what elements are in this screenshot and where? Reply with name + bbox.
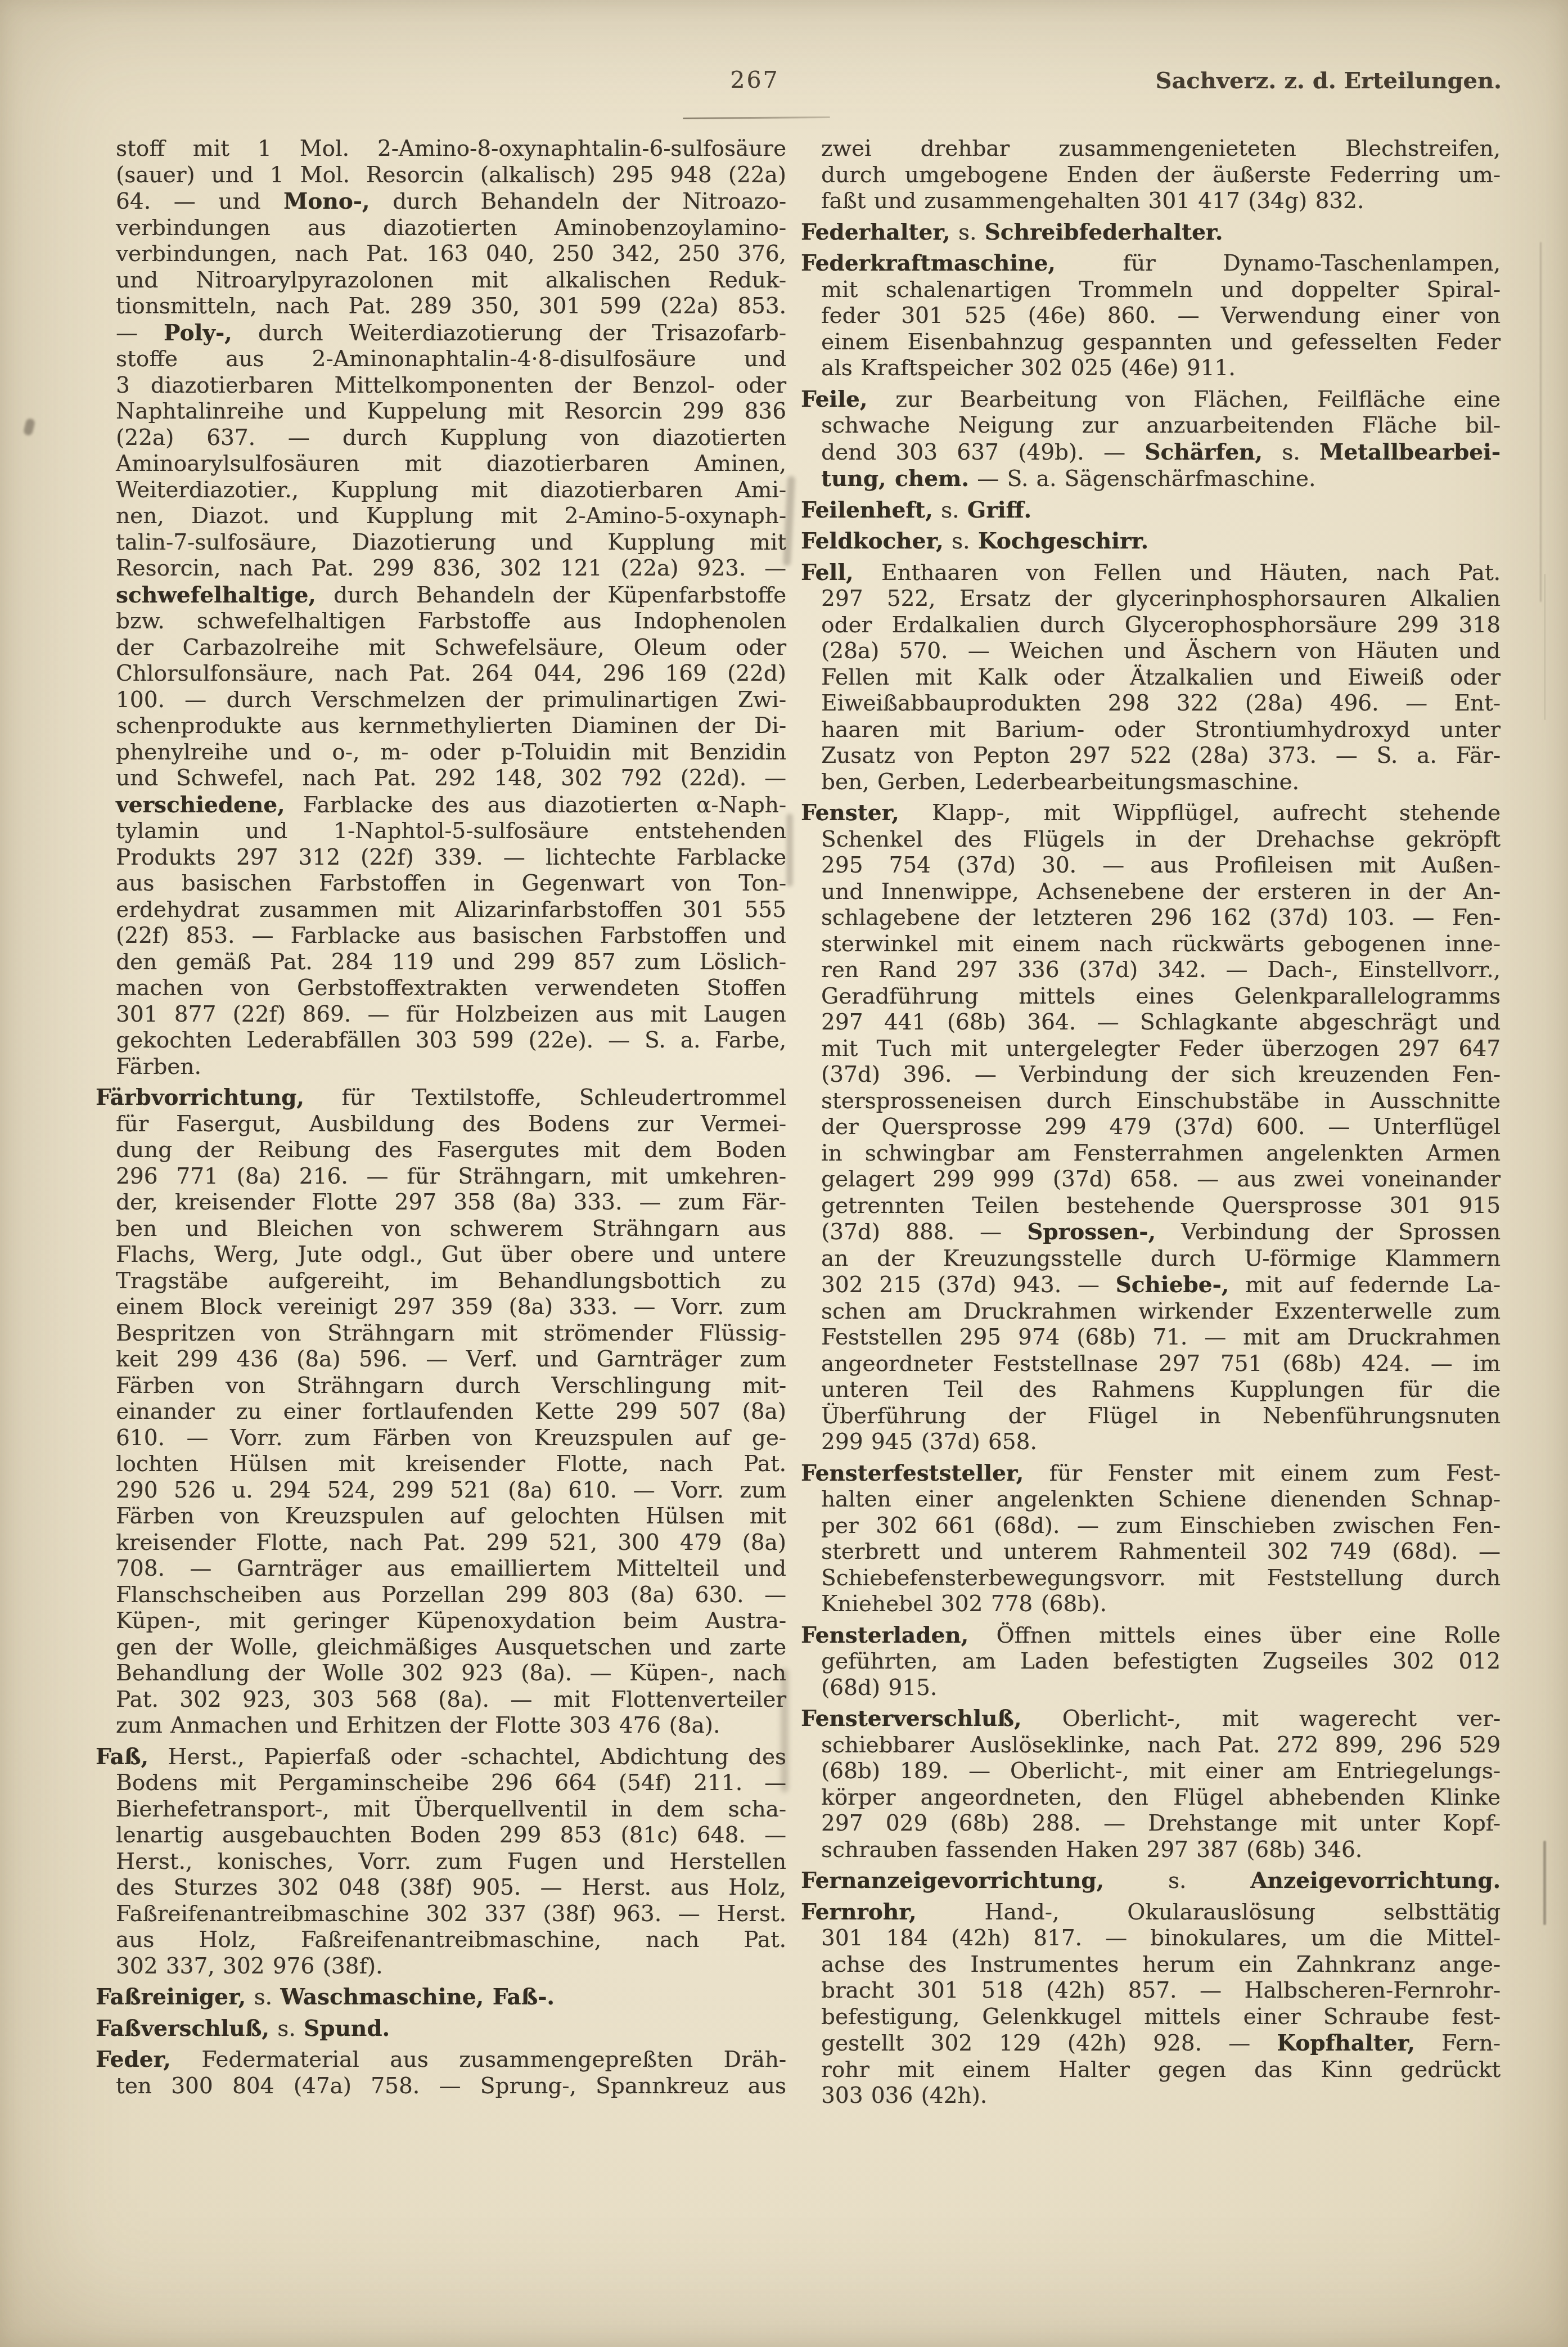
text-line: nen, Diazot. und Kupplung mit 2-Amino-5-… [116, 503, 786, 530]
text-line: gestellt 302 129 (42h) 928. — Kopfhalter… [821, 2030, 1501, 2057]
text-segment: Fern- [1415, 2031, 1501, 2056]
text-line: dung der Reibung des Fasergutes mit dem … [116, 1137, 786, 1164]
text-segment: 290 526 u. 294 524, 299 521 (8a) 610. — … [116, 1478, 786, 1503]
bold-reference: schwefelhaltige, [116, 582, 316, 608]
text-segment: haaren mit Barium- oder Strontiumhydroxy… [821, 717, 1501, 743]
text-line: (22f) 853. — Farblacke aus basischen Far… [116, 923, 786, 950]
text-line: geführten, am Laden befestigten Zugseile… [821, 1649, 1501, 1675]
text-segment: Enthaaren von Fellen und Häuten, nach Pa… [854, 560, 1501, 586]
text-line: feder 301 525 (46e) 860. — Verwendung ei… [821, 303, 1501, 330]
text-segment: oder Erdalkalien durch Glycerophosphorsä… [821, 613, 1501, 638]
text-segment: Bodens mit Pergaminscheibe 296 664 (54f)… [116, 1770, 786, 1796]
entry-headword: Färbvorrichtung, [96, 1085, 304, 1110]
bold-reference: Kochgeschirr. [978, 528, 1148, 554]
text-segment: dend 303 637 (49b). — [821, 440, 1145, 465]
text-line: Fensterfeststeller, für Fenster mit eine… [821, 1460, 1501, 1487]
text-segment: verbindungen, nach Pat. 163 040, 250 342… [116, 241, 786, 267]
text-line: erdehydrat zusammen mit Alizarinfarbstof… [116, 897, 786, 924]
text-line: Produkts 297 312 (22f) 339. — lichtechte… [116, 845, 786, 871]
text-segment: zur Bearbeitung von Flächen, Feilfläche … [867, 387, 1501, 412]
text-line: Fernanzeigevorrichtung, s. Anzeigevorric… [821, 1868, 1501, 1895]
text-segment: s. [246, 1985, 280, 2010]
text-segment: angeordneter Feststellnase 297 751 (68b)… [821, 1351, 1501, 1377]
text-segment: stoff mit 1 Mol. 2-Amino-8-oxynaphtalin-… [116, 136, 786, 161]
text-line: schrauben fassenden Haken 297 387 (68b) … [821, 1837, 1501, 1864]
text-segment: Öffnen mittels eines über eine Rolle [968, 1623, 1501, 1648]
text-line: Fernrohr, Hand-, Okularauslösung selbstt… [821, 1899, 1501, 1926]
text-line: 3 diazotierbaren Mittelkomponenten der B… [116, 373, 786, 399]
entry-headword: Feilenheft, [801, 497, 933, 523]
text-line: schlagebene der letzteren 296 162 (37d) … [821, 905, 1501, 932]
text-line: Flanschscheiben aus Porzellan 299 803 (8… [116, 1582, 786, 1609]
text-line: getrennten Teilen bestehende Quersprosse… [821, 1193, 1501, 1220]
text-segment: geführten, am Laden befestigten Zugseile… [821, 1649, 1501, 1674]
text-line: phenylreihe und o-, m- oder p-Toluidin m… [116, 740, 786, 766]
text-segment: 296 771 (8a) 216. — für Strähngarn, mit … [116, 1164, 786, 1189]
entry-headword: Fensterladen, [801, 1622, 968, 1648]
text-segment: (22f) 853. — Farblacke aus basischen Far… [116, 923, 786, 948]
text-segment: Färben von Kreuzspulen auf gelochten Hül… [116, 1504, 786, 1529]
index-entry: Fenster, Klapp-, mit Wippflügel, aufrech… [801, 800, 1501, 1456]
text-segment: stersprosseneisen durch Einschubstäbe in… [821, 1089, 1501, 1114]
text-segment: Bespritzen von Strähngarn mit strömender… [116, 1321, 786, 1346]
entry-headword: Faß, [96, 1744, 148, 1770]
text-line: Schenkel des Flügels in der Drehachse ge… [821, 827, 1501, 853]
text-line: 295 754 (37d) 30. — aus Profileisen mit … [821, 853, 1501, 879]
text-segment: gen der Wolle, gleichmäßiges Ausquetsche… [116, 1635, 786, 1660]
text-segment: 301 184 (42h) 817. — binokulares, um die… [821, 1926, 1501, 1951]
text-line: durch umgebogene Enden der äußerste Fede… [821, 163, 1501, 189]
text-segment: schen am Druckrahmen wirkender Exzenterw… [821, 1299, 1501, 1324]
text-segment: ren Rand 297 336 (37d) 342. — Dach-, Ein… [821, 957, 1501, 983]
text-line: sterbrett und unterem Rahmenteil 302 749… [821, 1539, 1501, 1566]
text-line: rohr mit einem Halter gegen das Kinn ged… [821, 2057, 1501, 2084]
text-segment: — S. a. Sägenschärfmaschine. [969, 466, 1315, 492]
entry-headword: Feldkocher, [801, 528, 944, 554]
text-line: stoff mit 1 Mol. 2-Amino-8-oxynaphtalin-… [116, 136, 786, 163]
text-line: Eiweißabbauprodukten 298 322 (28a) 496. … [821, 691, 1501, 717]
text-segment: 64. — und [116, 189, 283, 214]
text-line: 302 215 (37d) 943. — Schiebe-, mit auf f… [821, 1272, 1501, 1299]
text-line: Überführung der Flügel in Nebenführungsn… [821, 1404, 1501, 1430]
text-segment: durch umgebogene Enden der äußerste Fede… [821, 163, 1501, 188]
text-segment: für Fasergut, Ausbildung des Bodens zur … [116, 1112, 786, 1137]
entry-continuation: zwei drehbar zusammengenieteten Blechstr… [801, 136, 1501, 215]
bold-reference: Spund. [304, 2016, 390, 2042]
text-line: schwefelhaltige, durch Behandeln der Küp… [116, 582, 786, 609]
text-segment: tylamin und 1-Naphtol-5-sulfosäure entst… [116, 819, 786, 844]
text-line: (68b) 189. — Oberlicht-, mit einer am En… [821, 1759, 1501, 1785]
text-segment: kreisender Flotte, nach Pat. 299 521, 30… [116, 1530, 786, 1555]
text-line: der, kreisender Flotte 297 358 (8a) 333.… [116, 1190, 786, 1216]
text-line: Feile, zur Bearbeitung von Flächen, Feil… [821, 386, 1501, 413]
text-line: gekochten Lederabfällen 303 599 (22e). —… [116, 1028, 786, 1054]
text-segment: 295 754 (37d) 30. — aus Profileisen mit … [821, 853, 1501, 878]
bold-reference: Mono-, [283, 188, 370, 214]
text-segment: ten 300 804 (47a) 758. — Sprung-, Spannk… [116, 2074, 786, 2099]
text-line: als Kraftspeicher 302 025 (46e) 911. [821, 356, 1501, 382]
text-segment: 708. — Garnträger aus emailliertem Mitte… [116, 1556, 786, 1581]
text-line: tylamin und 1-Naphtol-5-sulfosäure entst… [116, 819, 786, 845]
text-segment: 297 522, Ersatz der glycerinphosphorsaur… [821, 586, 1501, 612]
text-segment: und Schwefel, nach Pat. 292 148, 302 792… [116, 766, 786, 791]
text-line: der Carbazolreihe mit Schwefelsäure, Ole… [116, 635, 786, 662]
entry-headword: Federkraftmaschine, [801, 250, 1056, 276]
text-line: mit schalenartigen Trommeln und doppelte… [821, 277, 1501, 304]
page-edge-line [1540, 242, 1542, 602]
text-line: (22a) 637. — durch Kupplung von diazotie… [116, 425, 786, 452]
text-line: 297 441 (68b) 364. — Schlagkante abgesch… [821, 1010, 1501, 1036]
text-segment: einem Block vereinigt 297 359 (8a) 333. … [116, 1294, 786, 1320]
text-segment: der Carbazolreihe mit Schwefelsäure, Ole… [116, 635, 786, 660]
text-line: Flachs, Werg, Jute odgl., Gut über obere… [116, 1242, 786, 1269]
text-segment: 297 029 (68b) 288. — Drehstange mit unte… [821, 1811, 1501, 1836]
text-segment: s. [950, 220, 985, 245]
text-line: Bespritzen von Strähngarn mit strömender… [116, 1321, 786, 1347]
bold-reference: Metallbearbei- [1319, 439, 1501, 465]
entry-headword: Federhalter, [801, 219, 950, 245]
text-line: und Innenwippe, Achsenebene der ersteren… [821, 879, 1501, 906]
text-line: Pat. 302 923, 303 568 (8a). — mit Flotte… [116, 1687, 786, 1714]
text-line: 290 526 u. 294 524, 299 521 (8a) 610. — … [116, 1478, 786, 1504]
text-segment: (68b) 189. — Oberlicht-, mit einer am En… [821, 1759, 1501, 1784]
text-segment: talin-7-sulfosäure, Diazotierung und Kup… [116, 530, 786, 555]
text-segment: 3 diazotierbaren Mittelkomponenten der B… [116, 373, 786, 398]
text-line: Faß, Herst., Papierfaß oder -schachtel, … [116, 1744, 786, 1771]
text-line: oder Erdalkalien durch Glycerophosphorsä… [821, 613, 1501, 639]
index-entry: Fell, Enthaaren von Fellen und Häuten, n… [801, 560, 1501, 796]
text-segment: Verbindung der Sprossen [1156, 1220, 1501, 1245]
text-segment: schrauben fassenden Haken 297 387 (68b) … [821, 1837, 1362, 1863]
text-line: faßt und zusammengehalten 301 417 (34g) … [821, 188, 1501, 215]
text-segment: faßt und zusammengehalten 301 417 (34g) … [821, 188, 1364, 214]
text-segment: aus Holz, Faßreifenantreibmaschine, nach… [116, 1927, 786, 1953]
text-line: 64. — und Mono-, durch Behandeln der Nit… [116, 188, 786, 215]
text-segment: getrennten Teilen bestehende Quersprosse… [821, 1193, 1501, 1219]
text-line: und Schwefel, nach Pat. 292 148, 302 792… [116, 766, 786, 792]
index-entry: Fensterverschluß, Oberlicht-, mit wagere… [801, 1706, 1501, 1863]
entry-headword: Faßreiniger, [96, 1984, 246, 2010]
text-line: der Quersprosse 299 479 (37d) 600. — Unt… [821, 1114, 1501, 1141]
index-entry: Fernrohr, Hand-, Okularauslösung selbstt… [801, 1899, 1501, 2110]
text-segment: und Nitroarylpyrazolonen mit alkalischen… [116, 268, 786, 293]
index-entry: Fensterfeststeller, für Fenster mit eine… [801, 1460, 1501, 1618]
text-segment: gekochten Lederabfällen 303 599 (22e). —… [116, 1028, 786, 1053]
text-segment: nen, Diazot. und Kupplung mit 2-Amino-5-… [116, 503, 786, 529]
bold-reference: Schärfen, [1145, 439, 1263, 465]
text-segment: Klapp-, mit Wippflügel, aufrecht stehend… [899, 801, 1501, 826]
index-entry: Federhalter, s. Schreibfederhalter. [801, 219, 1501, 246]
text-segment: tionsmitteln, nach Pat. 289 350, 301 599… [116, 294, 786, 319]
text-segment: lenartig ausgebauchten Boden 299 853 (81… [116, 1823, 786, 1848]
text-line: zwei drehbar zusammengenieteten Blechstr… [821, 136, 1501, 163]
entry-headword: Fenster, [801, 800, 899, 826]
text-segment: befestigung, Gelenkkugel mittels einer S… [821, 2004, 1501, 2030]
text-segment: bzw. schwefelhaltigen Farbstoffe aus Ind… [116, 609, 786, 634]
text-segment: mit schalenartigen Trommeln und doppelte… [821, 277, 1501, 303]
text-segment: s. [1263, 440, 1319, 465]
text-segment: Faßreifenantreibmaschine 302 337 (38f) 9… [116, 1901, 786, 1927]
text-segment: zwei drehbar zusammengenieteten Blechstr… [821, 136, 1501, 161]
text-line: für Fasergut, Ausbildung des Bodens zur … [116, 1112, 786, 1138]
text-line: 303 036 (42h). [821, 2083, 1501, 2110]
text-line: Tragstäbe aufgereiht, im Behandlungsbott… [116, 1269, 786, 1295]
text-line: verbindungen aus diazotierten Aminobenzo… [116, 215, 786, 242]
text-line: haaren mit Barium- oder Strontiumhydroxy… [821, 717, 1501, 744]
text-segment: (68d) 915. [821, 1675, 937, 1701]
text-line: halten einer angelenkten Schiene dienend… [821, 1487, 1501, 1513]
text-line: Faßverschluß, s. Spund. [116, 2016, 786, 2043]
text-line: Feldkocher, s. Kochgeschirr. [821, 528, 1501, 555]
text-segment: Oberlicht-, mit wagerecht ver- [1022, 1706, 1501, 1732]
index-entry: Feile, zur Bearbeitung von Flächen, Feil… [801, 386, 1501, 493]
text-line: 296 771 (8a) 216. — für Strähngarn, mit … [116, 1164, 786, 1190]
ink-bleed-mark [781, 1669, 788, 1792]
text-line: 610. — Vorr. zum Färben von Kreuzspulen … [116, 1426, 786, 1452]
text-segment: schlagebene der letzteren 296 162 (37d) … [821, 905, 1501, 930]
text-segment: Weiterdiazotier., Kupplung mit diazotier… [116, 478, 786, 503]
text-segment: in schwingbar am Fensterrahmen angelenkt… [821, 1141, 1501, 1166]
text-segment: achse des Instrumentes herum ein Zahnkra… [821, 1952, 1501, 1977]
text-segment: Eiweißabbauprodukten 298 322 (28a) 496. … [821, 691, 1501, 716]
text-line: Fellen mit Kalk oder Ätzalkalien und Eiw… [821, 665, 1501, 691]
text-line: einem Eisenbahnzug gespannten und gefess… [821, 330, 1501, 356]
text-segment: des Sturzes 302 048 (38f) 905. — Herst. … [116, 1875, 786, 1900]
text-line: den gemäß Pat. 284 119 und 299 857 zum L… [116, 950, 786, 976]
text-segment: Federmaterial aus zusammengepreßten Dräh… [171, 2047, 786, 2072]
text-line: stoffe aus 2-Aminonaphtalin-4·8-disulfos… [116, 347, 786, 373]
text-line: (68d) 915. [821, 1675, 1501, 1702]
entry-headword: Fernrohr, [801, 1899, 916, 1925]
text-segment: (37d) 888. — [821, 1220, 1027, 1245]
text-line: Feder, Federmaterial aus zusammengepreßt… [116, 2047, 786, 2074]
text-line: Feststellen 295 974 (68b) 71. — mit am D… [821, 1325, 1501, 1351]
text-segment: stoffe aus 2-Aminonaphtalin-4·8-disulfos… [116, 347, 786, 372]
text-line: Schiebefensterbewegungsvorr. mit Festste… [821, 1566, 1501, 1592]
entry-headword: Fensterfeststeller, [801, 1460, 1024, 1486]
text-line: einem Block vereinigt 297 359 (8a) 333. … [116, 1294, 786, 1321]
text-segment: Hand-, Okularauslösung selbsttätig [916, 1900, 1501, 1925]
text-segment: gestellt 302 129 (42h) 928. — [821, 2031, 1277, 2056]
text-segment: aus basischen Farbstoffen in Gegenwart v… [116, 871, 786, 896]
text-segment: Geradführung mittels eines Gelenkparalle… [821, 984, 1501, 1009]
text-segment: Naphtalinreihe und Kuppelung mit Resorci… [116, 399, 786, 424]
index-entry: Faßverschluß, s. Spund. [96, 2016, 786, 2043]
text-segment: Produkts 297 312 (22f) 339. — lichtechte… [116, 845, 786, 870]
text-line: 100. — durch Verschmelzen der primulinar… [116, 687, 786, 714]
text-line: schenprodukte aus kernmethylierten Diami… [116, 713, 786, 740]
text-segment: Pat. 302 923, 303 568 (8a). — mit Flotte… [116, 1687, 786, 1712]
text-line: (37d) 396. — Verbindung der sich kreuzen… [821, 1062, 1501, 1089]
text-line: kreisender Flotte, nach Pat. 299 521, 30… [116, 1530, 786, 1557]
text-segment: 297 441 (68b) 364. — Schlagkante abgesch… [821, 1010, 1501, 1035]
text-segment: der, kreisender Flotte 297 358 (8a) 333.… [116, 1190, 786, 1215]
text-segment: Herst., konisches, Vorr. zum Fugen und H… [116, 1849, 786, 1874]
text-segment: lochten Hülsen mit kreisender Flotte, na… [116, 1451, 786, 1477]
text-line: Behandlung der Wolle 302 923 (8a). — Küp… [116, 1661, 786, 1687]
text-segment: 302 215 (37d) 943. — [821, 1273, 1116, 1298]
text-segment: 610. — Vorr. zum Färben von Kreuzspulen … [116, 1426, 786, 1451]
text-line: unteren Teil des Rahmens Kupplungen für … [821, 1377, 1501, 1404]
text-line: körper angeordneten, den Flügel abhebend… [821, 1785, 1501, 1811]
text-segment: zum Anmachen und Erhitzen der Flotte 303… [116, 1713, 720, 1738]
text-line: ren Rand 297 336 (37d) 342. — Dach-, Ein… [821, 957, 1501, 984]
text-line: gelagert 299 999 (37d) 658. — aus zwei v… [821, 1167, 1501, 1193]
text-segment: Herst., Papierfaß oder -schachtel, Abdic… [148, 1744, 786, 1770]
text-line: in schwingbar am Fensterrahmen angelenkt… [821, 1141, 1501, 1167]
text-segment: s. [933, 498, 967, 523]
text-segment: Färben von Strähngarn durch Verschlingun… [116, 1373, 786, 1399]
text-line: sterwinkel mit einem nach rückwärts gebo… [821, 932, 1501, 958]
text-segment: Flachs, Werg, Jute odgl., Gut über obere… [116, 1242, 786, 1267]
bold-reference: Griff. [967, 497, 1031, 523]
left-column: stoff mit 1 Mol. 2-Amino-8-oxynaphtalin-… [96, 136, 786, 2104]
text-segment: Schiebefensterbewegungsvorr. mit Festste… [821, 1566, 1501, 1591]
text-line: per 302 661 (68d). — zum Einschieben zwi… [821, 1513, 1501, 1540]
index-entry: Fernanzeigevorrichtung, s. Anzeigevorric… [801, 1868, 1501, 1895]
text-segment: per 302 661 (68d). — zum Einschieben zwi… [821, 1513, 1501, 1539]
entry-headword: Fensterverschluß, [801, 1706, 1022, 1732]
bold-reference: tung, chem. [821, 466, 969, 492]
text-segment: ben, Gerben, Lederbearbeitungsmaschine. [821, 770, 1299, 795]
index-entry: Fensterladen, Öffnen mittels eines über … [801, 1622, 1501, 1702]
entry-headword: Fell, [801, 560, 854, 586]
text-line: — Poly-, durch Weiterdiazotierung der Tr… [116, 320, 786, 347]
text-segment: mit auf federnde La- [1229, 1273, 1501, 1298]
right-column: zwei drehbar zusammengenieteten Blechstr… [801, 136, 1501, 2114]
text-segment: (37d) 396. — Verbindung der sich kreuzen… [821, 1062, 1501, 1087]
text-line: Chlorsulfonsäure, nach Pat. 264 044, 296… [116, 661, 786, 687]
text-line: 299 945 (37d) 658. [821, 1429, 1501, 1456]
text-line: zum Anmachen und Erhitzen der Flotte 303… [116, 1713, 786, 1739]
text-line: ten 300 804 (47a) 758. — Sprung-, Spannk… [116, 2074, 786, 2100]
index-entry: Feldkocher, s. Kochgeschirr. [801, 528, 1501, 555]
text-line: Küpen-, mit geringer Küpenoxydation beim… [116, 1608, 786, 1635]
text-segment: Zusatz von Pepton 297 522 (28a) 373. — S… [821, 743, 1501, 768]
text-line: befestigung, Gelenkkugel mittels einer S… [821, 2004, 1501, 2031]
ink-bleed-mark [786, 813, 793, 887]
text-segment: und Innenwippe, Achsenebene der ersteren… [821, 879, 1501, 905]
text-line: Weiterdiazotier., Kupplung mit diazotier… [116, 478, 786, 504]
text-segment: machen von Gerbstoffextrakten verwendete… [116, 975, 786, 1001]
text-segment: rohr mit einem Halter gegen das Kinn ged… [821, 2057, 1501, 2083]
text-line: 297 522, Ersatz der glycerinphosphorsaur… [821, 586, 1501, 613]
text-segment: Resorcin, nach Pat. 299 836, 302 121 (22… [116, 556, 786, 581]
bold-reference: Waschmaschine, Faß-. [280, 1984, 555, 2010]
text-segment: Aminoarylsulfosäuren mit diazotierbaren … [116, 451, 786, 476]
bold-reference: Poly-, [164, 320, 232, 346]
index-entry: Faß, Herst., Papierfaß oder -schachtel, … [96, 1744, 786, 1980]
text-segment: 100. — durch Verschmelzen der primulinar… [116, 687, 786, 713]
bold-reference: Schiebe-, [1116, 1272, 1229, 1298]
text-line: tionsmitteln, nach Pat. 289 350, 301 599… [116, 294, 786, 320]
text-line: an der Kreuzungsstelle durch U-förmige K… [821, 1246, 1501, 1273]
text-line: keit 299 436 (8a) 596. — Verf. und Garnt… [116, 1347, 786, 1373]
text-line: gen der Wolle, gleichmäßiges Ausquetsche… [116, 1635, 786, 1661]
scanned-page: 267 Sachverz. z. d. Erteilungen. stoff m… [0, 0, 1568, 2347]
entry-headword: Feder, [96, 2047, 171, 2072]
text-line: (37d) 888. — Sprossen-, Verbindung der S… [821, 1219, 1501, 1246]
text-segment: den gemäß Pat. 284 119 und 299 857 zum L… [116, 950, 786, 975]
text-line: Federkraftmaschine, für Dynamo-Taschenla… [821, 250, 1501, 277]
text-line: verbindungen, nach Pat. 163 040, 250 342… [116, 241, 786, 268]
text-line: Federhalter, s. Schreibfederhalter. [821, 219, 1501, 246]
text-line: Fell, Enthaaren von Fellen und Häuten, n… [821, 560, 1501, 587]
text-segment: schwache Neigung zur anzuarbeitenden Flä… [821, 413, 1501, 438]
text-segment: verbindungen aus diazotierten Aminobenzo… [116, 215, 786, 241]
bold-reference: Schreibfederhalter. [985, 219, 1223, 245]
text-segment: 301 877 (22f) 869. — für Holzbeizen aus … [116, 1002, 786, 1027]
text-segment: an der Kreuzungsstelle durch U-förmige K… [821, 1246, 1501, 1271]
text-line: Kniehebel 302 778 (68b). [821, 1591, 1501, 1618]
text-line: ben, Gerben, Lederbearbeitungsmaschine. [821, 770, 1501, 796]
text-line: Feilenheft, s. Griff. [821, 497, 1501, 524]
ink-dot-mark [1385, 869, 1390, 874]
text-segment: für Fenster mit einem zum Fest- [1024, 1461, 1501, 1486]
text-line: Bierhefetransport-, mit Überquellventil … [116, 1797, 786, 1823]
text-line: (sauer) und 1 Mol. Resorcin (alkalisch) … [116, 163, 786, 189]
entry-continuation: stoff mit 1 Mol. 2-Amino-8-oxynaphtalin-… [96, 136, 786, 1080]
text-line: 302 337, 302 976 (38f). [116, 1954, 786, 1980]
text-segment: mit Tuch mit untergelegter Feder überzog… [821, 1036, 1501, 1062]
text-segment: halten einer angelenkten Schiene dienend… [821, 1487, 1501, 1512]
text-segment: Feststellen 295 974 (68b) 71. — mit am D… [821, 1325, 1501, 1350]
text-line: talin-7-sulfosäure, Diazotierung und Kup… [116, 530, 786, 556]
text-segment: einem Eisenbahnzug gespannten und gefess… [821, 330, 1501, 355]
text-segment: schenprodukte aus kernmethylierten Diami… [116, 713, 786, 739]
text-segment: keit 299 436 (8a) 596. — Verf. und Garnt… [116, 1347, 786, 1372]
text-segment: erdehydrat zusammen mit Alizarinfarbstof… [116, 897, 786, 923]
text-line: 301 877 (22f) 869. — für Holzbeizen aus … [116, 1002, 786, 1028]
text-segment: s. [269, 2016, 304, 2042]
text-line: Resorcin, nach Pat. 299 836, 302 121 (22… [116, 556, 786, 582]
text-line: Färben. [116, 1054, 786, 1081]
index-entry: Faßreiniger, s. Waschmaschine, Faß-. [96, 1984, 786, 2011]
text-segment: sterwinkel mit einem nach rückwärts gebo… [821, 932, 1501, 957]
text-segment: — [116, 321, 164, 346]
text-segment: Bierhefetransport-, mit Überquellventil … [116, 1797, 786, 1822]
page-edge-line [1543, 1841, 1546, 1925]
text-segment: unteren Teil des Rahmens Kupplungen für … [821, 1377, 1501, 1402]
text-line: Zusatz von Pepton 297 522 (28a) 373. — S… [821, 743, 1501, 770]
text-line: lochten Hülsen mit kreisender Flotte, na… [116, 1451, 786, 1478]
text-segment: durch Behandeln der Nitroazo- [370, 189, 786, 214]
text-segment: schiebbarer Auslöseklinke, nach Pat. 272… [821, 1733, 1501, 1758]
text-segment: ben und Bleichen von schwerem Strähngarn… [116, 1216, 786, 1242]
text-segment: Flanschscheiben aus Porzellan 299 803 (8… [116, 1582, 786, 1608]
text-line: Bodens mit Pergaminscheibe 296 664 (54f)… [116, 1770, 786, 1797]
text-line: Fensterladen, Öffnen mittels eines über … [821, 1622, 1501, 1649]
text-line: Faßreiniger, s. Waschmaschine, Faß-. [116, 1984, 786, 2011]
text-segment: durch Weiterdiazotierung der Trisazofarb… [232, 321, 786, 346]
text-segment: Kniehebel 302 778 (68b). [821, 1591, 1107, 1617]
entry-headword: Feile, [801, 386, 867, 412]
text-segment: bracht 301 518 (42h) 857. — Halbscheren-… [821, 1978, 1501, 2003]
text-segment: phenylreihe und o-, m- oder p-Toluidin m… [116, 740, 786, 765]
text-segment: (22a) 637. — durch Kupplung von diazotie… [116, 425, 786, 451]
running-title: Sachverz. z. d. Erteilungen. [1156, 68, 1502, 94]
text-segment: Schenkel des Flügels in der Drehachse ge… [821, 827, 1501, 852]
text-line: (28a) 570. — Weichen und Äschern von Häu… [821, 639, 1501, 665]
text-line: 708. — Garnträger aus emailliertem Mitte… [116, 1556, 786, 1582]
text-line: Naphtalinreihe und Kuppelung mit Resorci… [116, 399, 786, 425]
text-line: stersprosseneisen durch Einschubstäbe in… [821, 1089, 1501, 1115]
text-line: angeordneter Feststellnase 297 751 (68b)… [821, 1351, 1501, 1378]
text-segment: 303 036 (42h). [821, 2083, 987, 2108]
index-entry: Feder, Federmaterial aus zusammengepreßt… [96, 2047, 786, 2099]
text-line: 301 184 (42h) 817. — binokulares, um die… [821, 1926, 1501, 1952]
index-entry: Färbvorrichtung, für Textilstoffe, Schle… [96, 1085, 786, 1739]
